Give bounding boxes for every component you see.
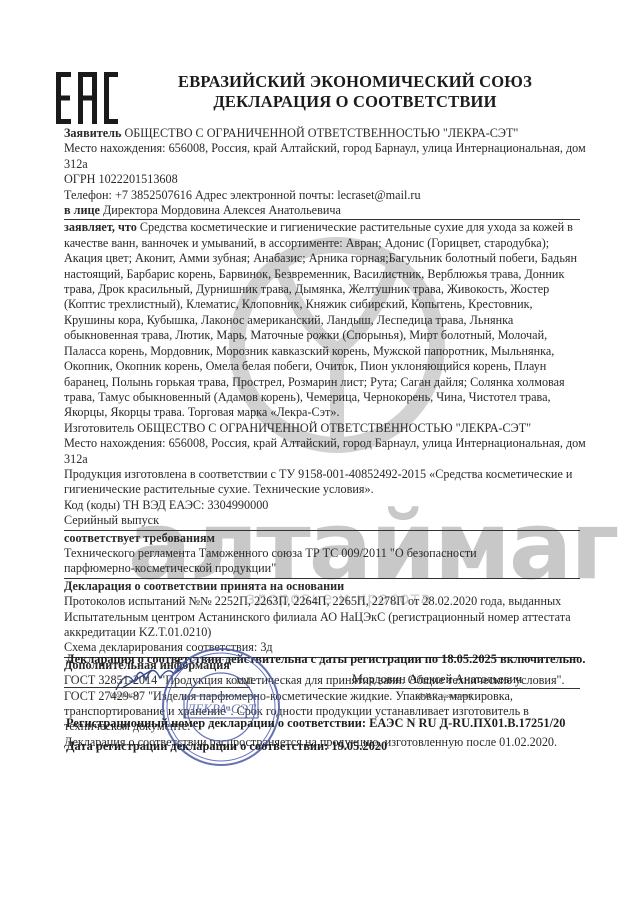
spec-text: Продукция изготовлена в соответствии с Т… [64, 467, 580, 498]
represented-by: Директора Мордовина Алексея Анатольевича [100, 203, 341, 217]
manufacturer-address-cont: 312а [64, 452, 580, 467]
applicant-name: ОБЩЕСТВО С ОГРАНИЧЕННОЙ ОТВЕТСТВЕННОСТЬЮ… [121, 126, 518, 140]
declares-label: заявляет, что [64, 220, 137, 234]
tn-ved-code: Код (коды) ТН ВЭД ЕАЭС: 3304990000 [64, 498, 580, 513]
name-caption: (Ф.И.О. заявителя) [416, 692, 472, 700]
registration-number: Регистрационный номер декларации о соотв… [66, 716, 565, 731]
applicant-ogrn: ОГРН 1022201513608 [64, 172, 580, 187]
requirements-section: соответствует требованиям Технического р… [64, 531, 580, 577]
declaration-page: ЕВРАЗИЙСКИЙ ЭКОНОМИЧЕСКИЙ СОЮЗ ДЕКЛАРАЦИ… [0, 0, 636, 900]
declaration-section: заявляет, что Средства косметические и г… [64, 220, 580, 528]
eac-logo [56, 72, 120, 124]
svg-text:ЛЕКРА-СЭТ: ЛЕКРА-СЭТ [186, 701, 257, 716]
represented-label: в лице [64, 203, 100, 217]
signature-caption: (подпись) [110, 691, 139, 699]
title-declaration: ДЕКЛАРАЦИЯ О СООТВЕТСТВИИ [140, 92, 570, 112]
document-title: ЕВРАЗИЙСКИЙ ЭКОНОМИЧЕСКИЙ СОЮЗ ДЕКЛАРАЦИ… [140, 72, 570, 112]
release-type: Серийный выпуск [64, 513, 580, 528]
requirements-heading: соответствует требованиям [64, 531, 580, 546]
title-union: ЕВРАЗИЙСКИЙ ЭКОНОМИЧЕСКИЙ СОЮЗ [140, 72, 570, 92]
eac-mark-icon [56, 72, 120, 124]
signer-name: Мордовин Алексей Анатольевич [352, 672, 522, 687]
applicant-contacts: Телефон: +7 3852507616 Адрес электронной… [64, 188, 580, 203]
product-description: Средства косметические и гигиенические р… [64, 220, 577, 419]
requirements-text: Технического регламента Таможенного союз… [64, 546, 580, 561]
basis-heading: Декларация о соответствии принята на осн… [64, 579, 580, 594]
manufacturer-address: Место нахождения: 656008, Россия, край А… [64, 436, 580, 451]
manufacturer: Изготовитель ОБЩЕСТВО С ОГРАНИЧЕННОЙ ОТВ… [64, 421, 580, 436]
registration-date: Дата регистрации декларации о соответств… [66, 739, 387, 754]
basis-text-2: Испытательным центром Астанинского филиа… [64, 610, 580, 625]
applicant-label: Заявитель [64, 126, 121, 140]
applicant-address: Место нахождения: 656008, Россия, край А… [64, 141, 580, 156]
applicant-address-cont: 312а [64, 157, 580, 172]
requirements-text-cont: парфюмерно-косметической продукции" [64, 561, 580, 576]
svg-text:• • • • • • • • • •: • • • • • • • • • • [203, 658, 239, 664]
basis-text-3: аккредитации KZ.T.01.0210) [64, 625, 580, 640]
basis-text-1: Протоколов испытаний №№ 2252П, 2263П, 22… [64, 594, 580, 609]
applicant-section: Заявитель ОБЩЕСТВО С ОГРАНИЧЕННОЙ ОТВЕТС… [64, 126, 580, 218]
basis-section: Декларация о соответствии принята на осн… [64, 579, 580, 656]
name-line [318, 688, 580, 689]
